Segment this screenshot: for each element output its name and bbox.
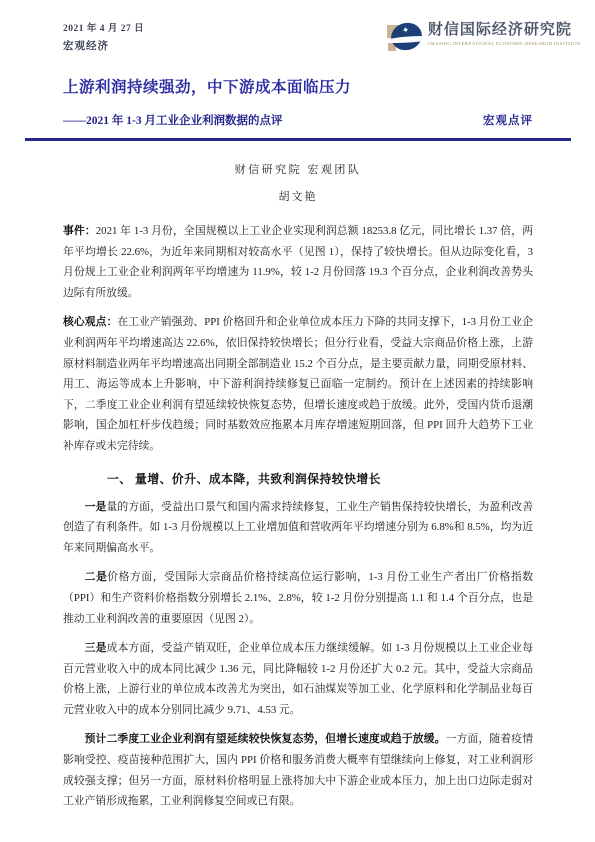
report-page: 2021 年 4 月 27 日 宏观经济 ✦ 财信国际经济研究院 CHASING… (0, 0, 595, 842)
institute-logo: ✦ 财信国际经济研究院 CHASING INTERNATIONAL ECONOM… (387, 22, 581, 52)
institute-logo-text: 财信国际经济研究院 CHASING INTERNATIONAL ECONOMIC… (428, 22, 581, 46)
byline-team: 财信研究院 宏观团队 (63, 161, 533, 177)
subtitle-row: ——2021 年 1-3 月工业企业利润数据的点评 宏观点评 (63, 112, 533, 128)
page-title: 上游利润持续强劲，中下游成本面临压力 (63, 75, 533, 97)
point-1-paragraph: 一是量的方面，受益出口景气和国内需求持续修复，工业生产销售保持较快增长，为盈利改… (63, 497, 533, 559)
star-icon: ✦ (401, 25, 410, 35)
institute-name-en: CHASING INTERNATIONAL ECONOMIC RESEARCH … (428, 41, 581, 46)
point-3-label: 三是 (85, 642, 107, 654)
point-2-paragraph: 二是价格方面，受国际大宗商品价格持续高位运行影响，1-3 月份工业生产者出厂价格… (63, 567, 533, 629)
institute-logo-icon: ✦ (387, 22, 423, 52)
core-view-text: 在工业产销强劲、PPI 价格回升和企业单位成本压力下降的共同支撑下，1-3 月份… (63, 316, 533, 452)
report-category: 宏观经济 (63, 38, 144, 53)
section-heading-1: 一、 量增、价升、成本降，共致利润保持较快增长 (63, 470, 533, 487)
institute-name-cn: 财信国际经济研究院 (428, 22, 581, 39)
outlook-bold-lead: 预计二季度工业企业利润有望延续较快恢复态势，但增长速度或趋于放缓。 (85, 733, 446, 745)
event-paragraph: 事件：2021 年 1-3 月份，全国规模以上工业企业实现利润总额 18253.… (63, 221, 533, 303)
core-view-paragraph: 核心观点：在工业产销强劲、PPI 价格回升和企业单位成本压力下降的共同支撑下，1… (63, 312, 533, 456)
point-2-label: 二是 (85, 571, 108, 583)
byline-author: 胡文艳 (63, 188, 533, 204)
point-1-text: 量的方面，受益出口景气和国内需求持续修复，工业生产销售保持较快增长，为盈利改善创… (63, 501, 533, 554)
report-body: 事件：2021 年 1-3 月份，全国规模以上工业企业实现利润总额 18253.… (63, 221, 533, 812)
header-divider (25, 138, 571, 141)
point-3-paragraph: 三是成本方面，受益产销双旺，企业单位成本压力继续缓解。如 1-3 月份规模以上工… (63, 638, 533, 720)
event-text: 2021 年 1-3 月份，全国规模以上工业企业实现利润总额 18253.8 亿… (63, 225, 533, 299)
point-1-label: 一是 (85, 501, 107, 513)
outlook-paragraph: 预计二季度工业企业利润有望延续较快恢复态势，但增长速度或趋于放缓。一方面，随着疫… (63, 729, 533, 811)
point-2-text: 价格方面，受国际大宗商品价格持续高位运行影响，1-3 月份工业生产者出厂价格指数… (63, 571, 533, 624)
point-3-text: 成本方面，受益产销双旺，企业单位成本压力继续缓解。如 1-3 月份规模以上工业企… (63, 642, 533, 716)
event-label: 事件： (63, 225, 96, 237)
page-subtitle: ——2021 年 1-3 月工业企业利润数据的点评 (63, 112, 282, 128)
core-view-label: 核心观点： (63, 316, 117, 328)
report-type-label: 宏观点评 (483, 112, 533, 128)
header-meta: 2021 年 4 月 27 日 宏观经济 (63, 20, 144, 53)
page-header: 2021 年 4 月 27 日 宏观经济 ✦ 财信国际经济研究院 CHASING… (63, 20, 533, 53)
report-date: 2021 年 4 月 27 日 (63, 20, 144, 34)
